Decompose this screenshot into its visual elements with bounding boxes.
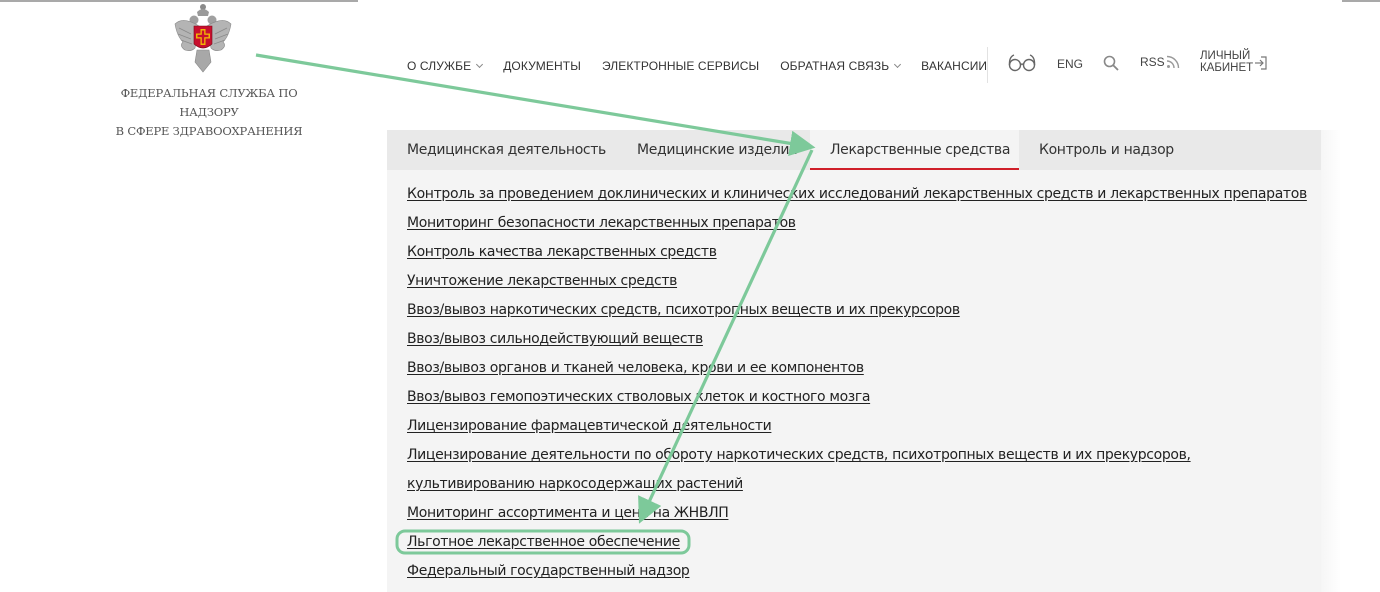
link-potent-substances-import-export[interactable]: Ввоз/вывоз сильнодействующий веществ (407, 325, 1307, 354)
link-narcotics-licensing[interactable]: Лицензирование деятельности по обороту н… (407, 441, 1307, 499)
nav-divider (987, 47, 988, 83)
link-clinical-trials-control[interactable]: Контроль за проведением доклинических и … (407, 180, 1307, 209)
rss-icon (1166, 55, 1180, 69)
panel-shadow (1321, 130, 1341, 592)
chevron-down-icon (894, 61, 901, 68)
nav-item-label: ВАКАНСИИ (921, 59, 987, 73)
nav-item-label: ОБРАТНАЯ СВЯЗЬ (780, 59, 889, 73)
cabinet-label-line2: КАБИНЕТ (1200, 62, 1253, 74)
link-vital-drugs-monitoring[interactable]: Мониторинг ассортимента и цена на ЖНВЛП (407, 499, 1307, 528)
login-icon (1254, 55, 1268, 71)
language-switch-eng[interactable]: ENG (1057, 57, 1083, 71)
nav-item-label: О СЛУЖБЕ (407, 59, 471, 73)
nav-item-label: ДОКУМЕНТЫ (503, 59, 581, 73)
link-preferential-drug-provision[interactable]: Льготное лекарственное обеспечение (407, 528, 1307, 557)
medicines-links-list: Контроль за проведением доклинических и … (407, 180, 1307, 586)
rss-link[interactable]: RSS (1140, 55, 1180, 69)
site-logo[interactable]: ФЕДЕРАЛЬНАЯ СЛУЖБА ПО НАДЗОРУ В СФЕРЕ ЗД… (100, 0, 318, 125)
coat-of-arms-icon (173, 2, 233, 74)
nav-item-vacancies[interactable]: ВАКАНСИИ (921, 59, 987, 73)
search-icon[interactable] (1103, 55, 1119, 71)
link-drug-safety-monitoring[interactable]: Мониторинг безопасности лекарственных пр… (407, 209, 1307, 238)
org-name: ФЕДЕРАЛЬНАЯ СЛУЖБА ПО НАДЗОРУ В СФЕРЕ ЗД… (100, 84, 318, 141)
link-pharma-licensing[interactable]: Лицензирование фармацевтической деятельн… (407, 412, 1307, 441)
main-nav: О СЛУЖБЕ ДОКУМЕНТЫ ЭЛЕКТРОННЫЕ СЕРВИСЫ О… (407, 56, 1008, 76)
mega-menu-tabs: Медицинская деятельность Медицинские изд… (387, 130, 1321, 170)
cabinet-label: ЛИЧНЫЙ КАБИНЕТ (1200, 50, 1253, 74)
nav-item-about[interactable]: О СЛУЖБЕ (407, 59, 482, 73)
link-narcotics-import-export[interactable]: Ввоз/вывоз наркотических средств, психот… (407, 296, 1307, 325)
link-stem-cells-import-export[interactable]: Ввоз/вывоз гемопоэтических стволовых кле… (407, 383, 1307, 412)
mega-menu-panel: Медицинская деятельность Медицинские изд… (387, 130, 1321, 592)
link-organs-tissues-import-export[interactable]: Ввоз/вывоз органов и тканей человека, кр… (407, 354, 1307, 383)
tab-medical-devices[interactable]: Медицинские изделия (617, 130, 810, 170)
org-name-line2: В СФЕРЕ ЗДРАВООХРАНЕНИЯ (100, 122, 318, 141)
nav-item-feedback[interactable]: ОБРАТНАЯ СВЯЗЬ (780, 59, 900, 73)
tab-medical-activity[interactable]: Медицинская деятельность (387, 130, 617, 170)
glasses-icon[interactable] (1007, 53, 1037, 73)
cabinet-label-line1: ЛИЧНЫЙ (1200, 50, 1253, 62)
nav-item-documents[interactable]: ДОКУМЕНТЫ (503, 59, 581, 73)
personal-cabinet-link[interactable]: ЛИЧНЫЙ КАБИНЕТ (1200, 50, 1268, 74)
link-federal-state-supervision[interactable]: Федеральный государственный надзор (407, 557, 1307, 586)
chevron-down-icon (476, 61, 483, 68)
link-drug-quality-control[interactable]: Контроль качества лекарственных средств (407, 238, 1307, 267)
tab-medicines[interactable]: Лекарственные средства (810, 130, 1019, 170)
rss-label: RSS (1140, 55, 1165, 69)
link-drug-destruction[interactable]: Уничтожение лекарственных средств (407, 267, 1307, 296)
nav-item-label: ЭЛЕКТРОННЫЕ СЕРВИСЫ (602, 59, 759, 73)
top-border-line-right (1342, 0, 1380, 2)
nav-item-e-services[interactable]: ЭЛЕКТРОННЫЕ СЕРВИСЫ (602, 59, 759, 73)
tab-control-supervision[interactable]: Контроль и надзор (1019, 130, 1194, 170)
org-name-line1: ФЕДЕРАЛЬНАЯ СЛУЖБА ПО НАДЗОРУ (100, 84, 318, 122)
